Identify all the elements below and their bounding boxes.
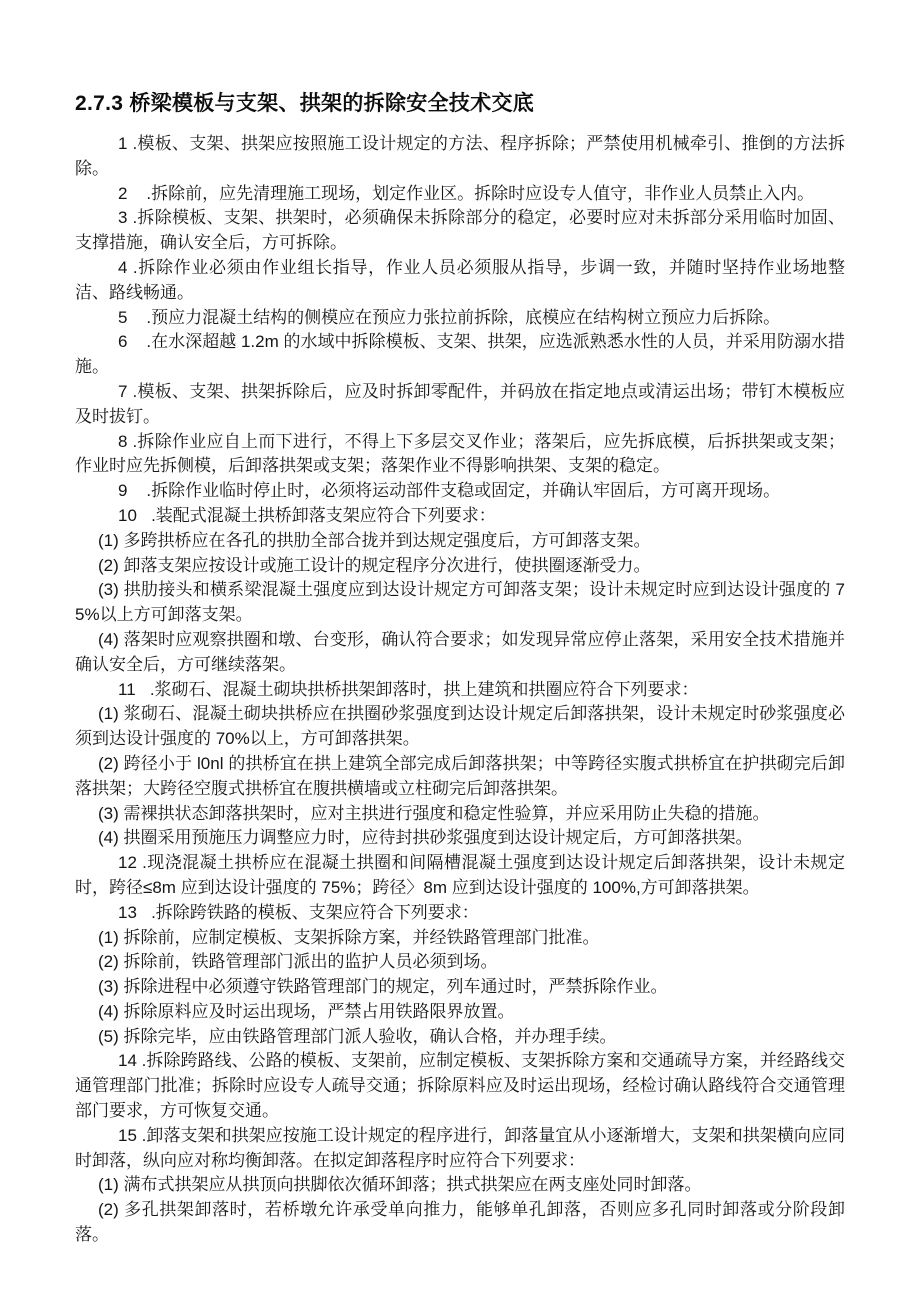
paragraph: (1) 满布式拱架应从拱顶向拱脚依次循环卸落；拱式拱架应在两支座处同时卸落。 [75, 1173, 845, 1198]
paragraph: (2) 多孔拱架卸落时，若桥墩允许承受单向推力，能够单孔卸落，否则应多孔同时卸落… [75, 1198, 845, 1248]
paragraph: 15 .卸落支架和拱架应按施工设计规定的程序进行，卸落量宜从小逐渐增大，支架和拱… [75, 1124, 845, 1174]
paragraph: 14 .拆除跨路线、公路的模板、支架前，应制定模板、支架拆除方案和交通疏导方案，… [75, 1049, 845, 1123]
document-body: 1 .模板、支架、拱架应按照施工设计规定的方法、程序拆除；严禁使用机械牵引、推倒… [75, 132, 845, 1248]
paragraph: (4) 拱圈采用预施压力调整应力时，应待封拱砂浆强度到达设计规定后，方可卸落拱架… [75, 826, 845, 851]
paragraph: (3) 需裸拱状态卸落拱架时，应对主拱进行强度和稳定性验算，并应采用防止失稳的措… [75, 802, 845, 827]
paragraph: (4) 落架时应观察拱圈和墩、台变形，确认符合要求；如发现异常应停止落架，采用安… [75, 628, 845, 678]
paragraph: (2) 拆除前，铁路管理部门派出的监护人员必须到场。 [75, 950, 845, 975]
paragraph: (1) 拆除前，应制定模板、支架拆除方案，并经铁路管理部门批准。 [75, 926, 845, 951]
paragraph: (1) 浆砌石、混凝土砌块拱桥应在拱圈砂浆强度到达设计规定后卸落拱架，设计未规定… [75, 702, 845, 752]
paragraph: 11 .浆砌石、混凝土砌块拱桥拱架卸落时，拱上建筑和拱圈应符合下列要求： [75, 678, 845, 703]
paragraph: 12 .现浇混凝土拱桥应在混凝土拱圈和间隔槽混凝土强度到达设计规定后卸落拱架，设… [75, 851, 845, 901]
paragraph: 9 .拆除作业临时停止时，必须将运动部件支稳或固定，并确认牢固后，方可离开现场。 [75, 479, 845, 504]
paragraph: 6 .在水深超越 1.2m 的水域中拆除模板、支架、拱架，应选派熟悉水性的人员，… [75, 330, 845, 380]
paragraph: (2) 卸落支架应按设计或施工设计的规定程序分次进行，使拱圈逐渐受力。 [75, 554, 845, 579]
paragraph: (3) 拆除进程中必须遵守铁路管理部门的规定，列车通过时，严禁拆除作业。 [75, 975, 845, 1000]
document-page: 2.7.3 桥梁模板与支架、拱架的拆除安全技术交底 1 .模板、支架、拱架应按照… [0, 0, 920, 1301]
paragraph: 8 .拆除作业应自上而下进行，不得上下多层交叉作业；落架后，应先拆底模，后拆拱架… [75, 430, 845, 480]
paragraph: (2) 跨径小于 l0nl 的拱桥宜在拱上建筑全部完成后卸落拱架；中等跨径实腹式… [75, 752, 845, 802]
page-title: 2.7.3 桥梁模板与支架、拱架的拆除安全技术交底 [75, 91, 845, 117]
paragraph: (1) 多跨拱桥应在各孔的拱肋全部合拢并到达规定强度后，方可卸落支架。 [75, 529, 845, 554]
paragraph: 5 .预应力混凝土结构的侧模应在预应力张拉前拆除，底模应在结构树立预应力后拆除。 [75, 306, 845, 331]
paragraph: 1 .模板、支架、拱架应按照施工设计规定的方法、程序拆除；严禁使用机械牵引、推倒… [75, 132, 845, 182]
paragraph: 4 .拆除作业必须由作业组长指导，作业人员必须服从指导，步调一致，并随时坚持作业… [75, 256, 845, 306]
paragraph: (5) 拆除完毕，应由铁路管理部门派人验收，确认合格，并办理手续。 [75, 1025, 845, 1050]
paragraph: 2 .拆除前，应先清理施工现场，划定作业区。拆除时应设专人值守，非作业人员禁止入… [75, 182, 845, 207]
paragraph: 7 .模板、支架、拱架拆除后，应及时拆卸零配件，并码放在指定地点或清运出场；带钉… [75, 380, 845, 430]
paragraph: 13 .拆除跨铁路的模板、支架应符合下列要求： [75, 901, 845, 926]
paragraph: (3) 拱肋接头和横系梁混凝土强度应到达设计规定方可卸落支架；设计未规定时应到达… [75, 578, 845, 628]
paragraph: 10 .装配式混凝土拱桥卸落支架应符合下列要求： [75, 504, 845, 529]
paragraph: 3 .拆除模板、支架、拱架时，必须确保未拆除部分的稳定，必要时应对未拆部分采用临… [75, 206, 845, 256]
paragraph: (4) 拆除原料应及时运出现场，严禁占用铁路限界放置。 [75, 1000, 845, 1025]
